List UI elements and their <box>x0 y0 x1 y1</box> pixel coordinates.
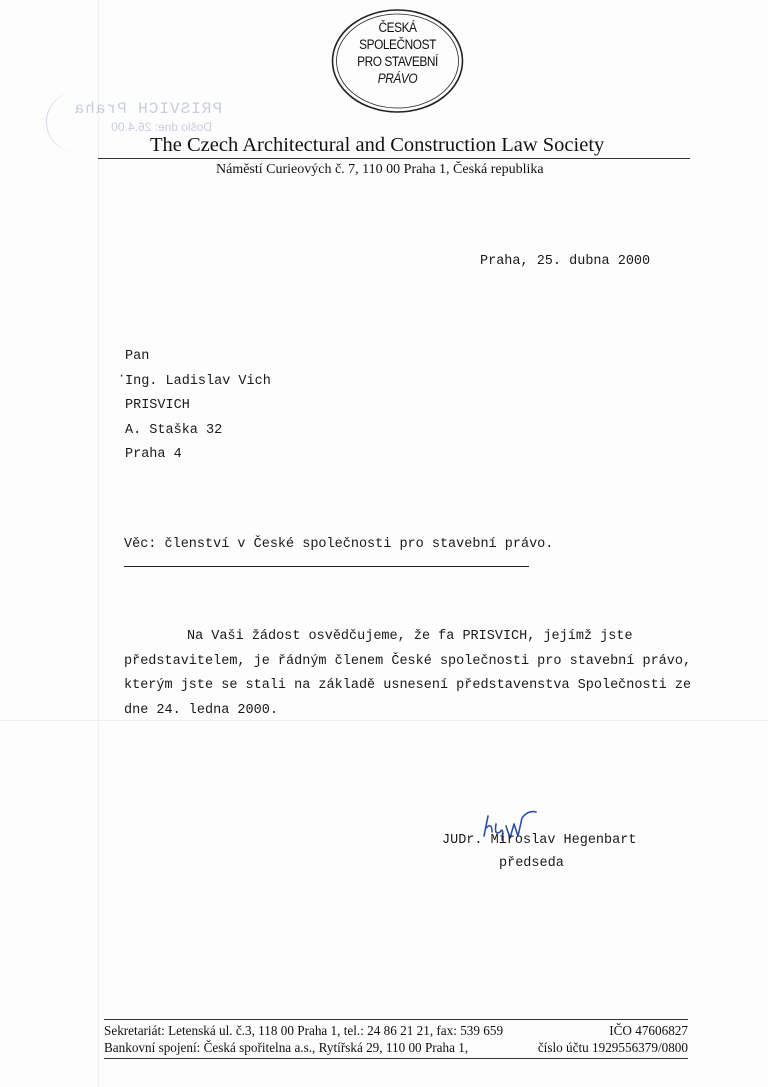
recipient-line: A. Staška 32 <box>125 419 271 444</box>
account-number: číslo účtu 1929556379/0800 <box>538 1039 688 1056</box>
body-line: Na Vaši žádost osvědčujeme, že fa PRISVI… <box>124 625 691 650</box>
recipient-line: PRISVICH <box>125 394 271 419</box>
body-line: kterým jste se stali na základě usnesení… <box>124 674 691 699</box>
recipient-line: Pan <box>125 345 271 370</box>
logo-text: ČESKÁ SPOLEČNOST PRO STAVEBNÍ PRÁVO <box>338 19 457 87</box>
logo-line: SPOLEČNOST <box>338 36 457 53</box>
signer-role: předseda <box>499 856 564 871</box>
society-logo: ČESKÁ SPOLEČNOST PRO STAVEBNÍ PRÁVO <box>330 7 465 115</box>
footer-divider-bottom <box>104 1058 688 1059</box>
footer-row-secretariat: Sekretariát: Letenská ul. č.3, 118 00 Pr… <box>104 1022 688 1039</box>
body-line: představitelem, je řádným členem České s… <box>124 650 691 675</box>
logo-line: ČESKÁ <box>338 19 457 36</box>
footer-divider-top <box>104 1019 688 1020</box>
letter-subject: Věc: členství v České společnosti pro st… <box>124 537 553 552</box>
recipient-line: Praha 4 <box>125 443 271 468</box>
letter-footer: Sekretariát: Letenská ul. č.3, 118 00 Pr… <box>104 1022 688 1056</box>
recipient-address: Pan Ing. Ladislav Vich PRISVICH A. Stašk… <box>125 345 271 468</box>
logo-line: PRÁVO <box>338 70 457 87</box>
stamp-received-date: Došlo dne: 26.4.00 <box>111 120 212 134</box>
scan-fold-vertical <box>98 0 99 1087</box>
logo-line: PRO STAVEBNÍ <box>338 53 457 70</box>
stamp-company: PRISVICH Praha <box>74 100 222 118</box>
subject-underline <box>124 566 529 567</box>
body-line: dne 24. ledna 2000. <box>124 699 691 724</box>
letter-date: Praha, 25. dubna 2000 <box>480 254 650 269</box>
recipient-line: Ing. Ladislav Vich <box>125 370 271 395</box>
company-id: IČO 47606827 <box>609 1022 688 1039</box>
organization-address: Náměstí Curieových č. 7, 110 00 Praha 1,… <box>216 162 544 178</box>
header-divider <box>98 158 690 159</box>
footer-row-bank: Bankovní spojení: Česká spořitelna a.s.,… <box>104 1039 688 1056</box>
bank-details: Bankovní spojení: Česká spořitelna a.s.,… <box>104 1039 468 1056</box>
signer-name: JUDr. Miroslav Hegenbart <box>442 833 636 848</box>
letter-body: Na Vaši žádost osvědčujeme, že fa PRISVI… <box>124 625 691 723</box>
stamp-mark-icon <box>46 92 87 152</box>
secretariat-contact: Sekretariát: Letenská ul. č.3, 118 00 Pr… <box>104 1022 503 1039</box>
organization-name: The Czech Architectural and Construction… <box>150 134 690 157</box>
